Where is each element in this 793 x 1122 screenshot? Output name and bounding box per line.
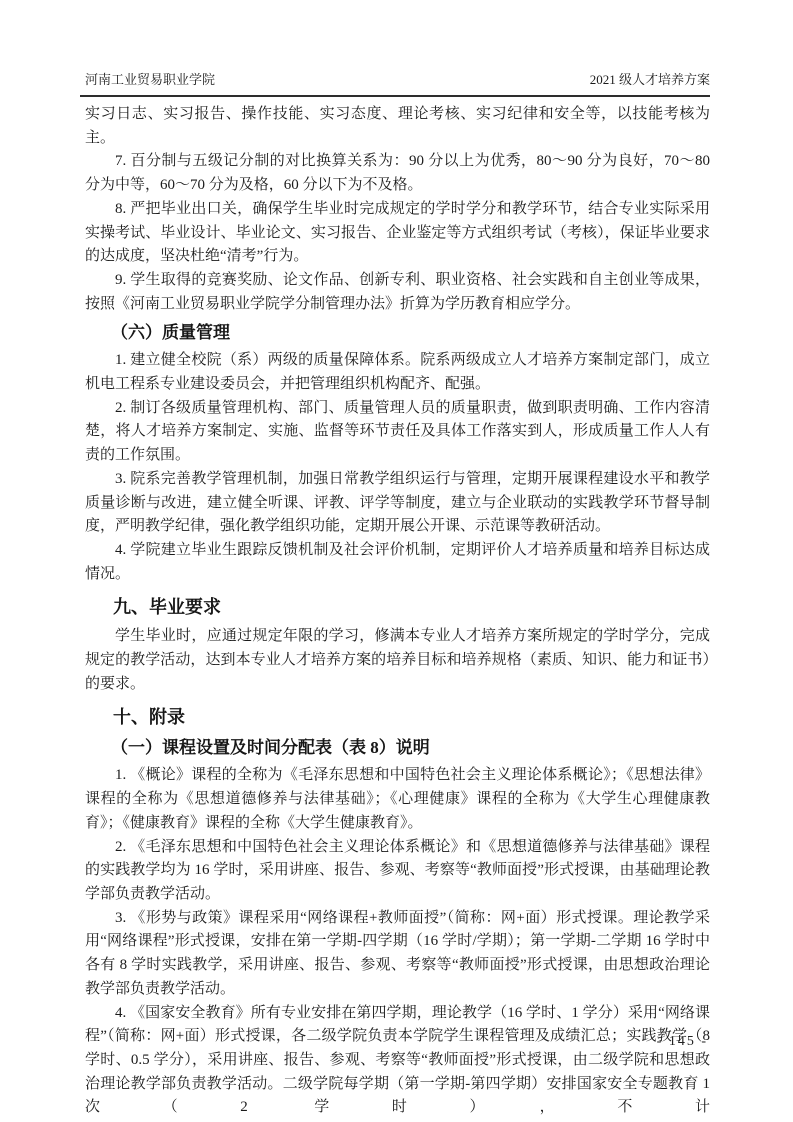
content-area: 河南工业贸易职业学院 2021 级人才培养方案 实习日志、实习报告、操作技能、实…: [85, 72, 710, 1120]
body-paragraph-quality-2: 2. 制订各级质量管理机构、部门、质量管理人员的质量职责，做到职责明确、工作内容…: [85, 397, 710, 468]
body-paragraph-item8: 8. 严把毕业出口关，确保学生毕业时完成规定的学时学分和教学环节，结合专业实际采…: [85, 198, 710, 269]
heading-appendix: 十、附录: [85, 704, 710, 731]
header-doc-title: 2021 级人才培养方案: [590, 72, 710, 88]
page-header: 河南工业贸易职业学院 2021 级人才培养方案: [80, 72, 710, 97]
body-paragraph-quality-4: 4. 学院建立毕业生跟踪反馈机制及社会评价机制，定期评价人才培养质量和培养目标达…: [85, 539, 710, 586]
body-paragraph-item7: 7. 百分制与五级记分制的对比换算关系为：90 分以上为优秀，80～90 分为良…: [85, 150, 710, 197]
document-body: 实习日志、实习报告、操作技能、实习态度、理论考核、实习纪律和安全等，以技能考核为…: [85, 103, 710, 1120]
body-paragraph-note-4: 4. 《国家安全教育》所有专业安排在第四学期，理论教学（16 学时、1 学分）采…: [85, 1002, 710, 1121]
body-paragraph-note-2: 2. 《毛泽东思想和中国特色社会主义理论体系概论》和《思想道德修养与法律基础》课…: [85, 836, 710, 907]
heading-quality-management: （六）质量管理: [85, 320, 710, 346]
body-paragraph-item9: 9. 学生取得的竞赛奖励、论文作品、创新专利、职业资格、社会实践和自主创业等成果…: [85, 269, 710, 316]
heading-course-table-note: （一）课程设置及时间分配表（表 8）说明: [85, 735, 710, 761]
page-number: - 145 -: [657, 1034, 708, 1050]
heading-graduation-requirements: 九、毕业要求: [85, 594, 710, 621]
body-paragraph-note-3: 3. 《形势与政策》课程采用“网络课程+教师面授”（简称：网+面）形式授课。理论…: [85, 907, 710, 1002]
body-paragraph-continuation: 实习日志、实习报告、操作技能、实习态度、理论考核、实习纪律和安全等，以技能考核为…: [85, 103, 710, 150]
header-school-name: 河南工业贸易职业学院: [85, 72, 215, 88]
body-paragraph-quality-1: 1. 建立健全校院（系）两级的质量保障体系。院系两级成立人才培养方案制定部门，成…: [85, 349, 710, 396]
document-page: 河南工业贸易职业学院 2021 级人才培养方案 实习日志、实习报告、操作技能、实…: [0, 0, 793, 1122]
body-paragraph-quality-3: 3. 院系完善教学管理机制，加强日常教学组织运行与管理，定期开展课程建设水平和教…: [85, 468, 710, 539]
body-paragraph-graduation: 学生毕业时，应通过规定年限的学习，修满本专业人才培养方案所规定的学时学分，完成规…: [85, 625, 710, 696]
body-paragraph-note-1: 1. 《概论》课程的全称为《毛泽东思想和中国特色社会主义理论体系概论》；《思想法…: [85, 764, 710, 835]
